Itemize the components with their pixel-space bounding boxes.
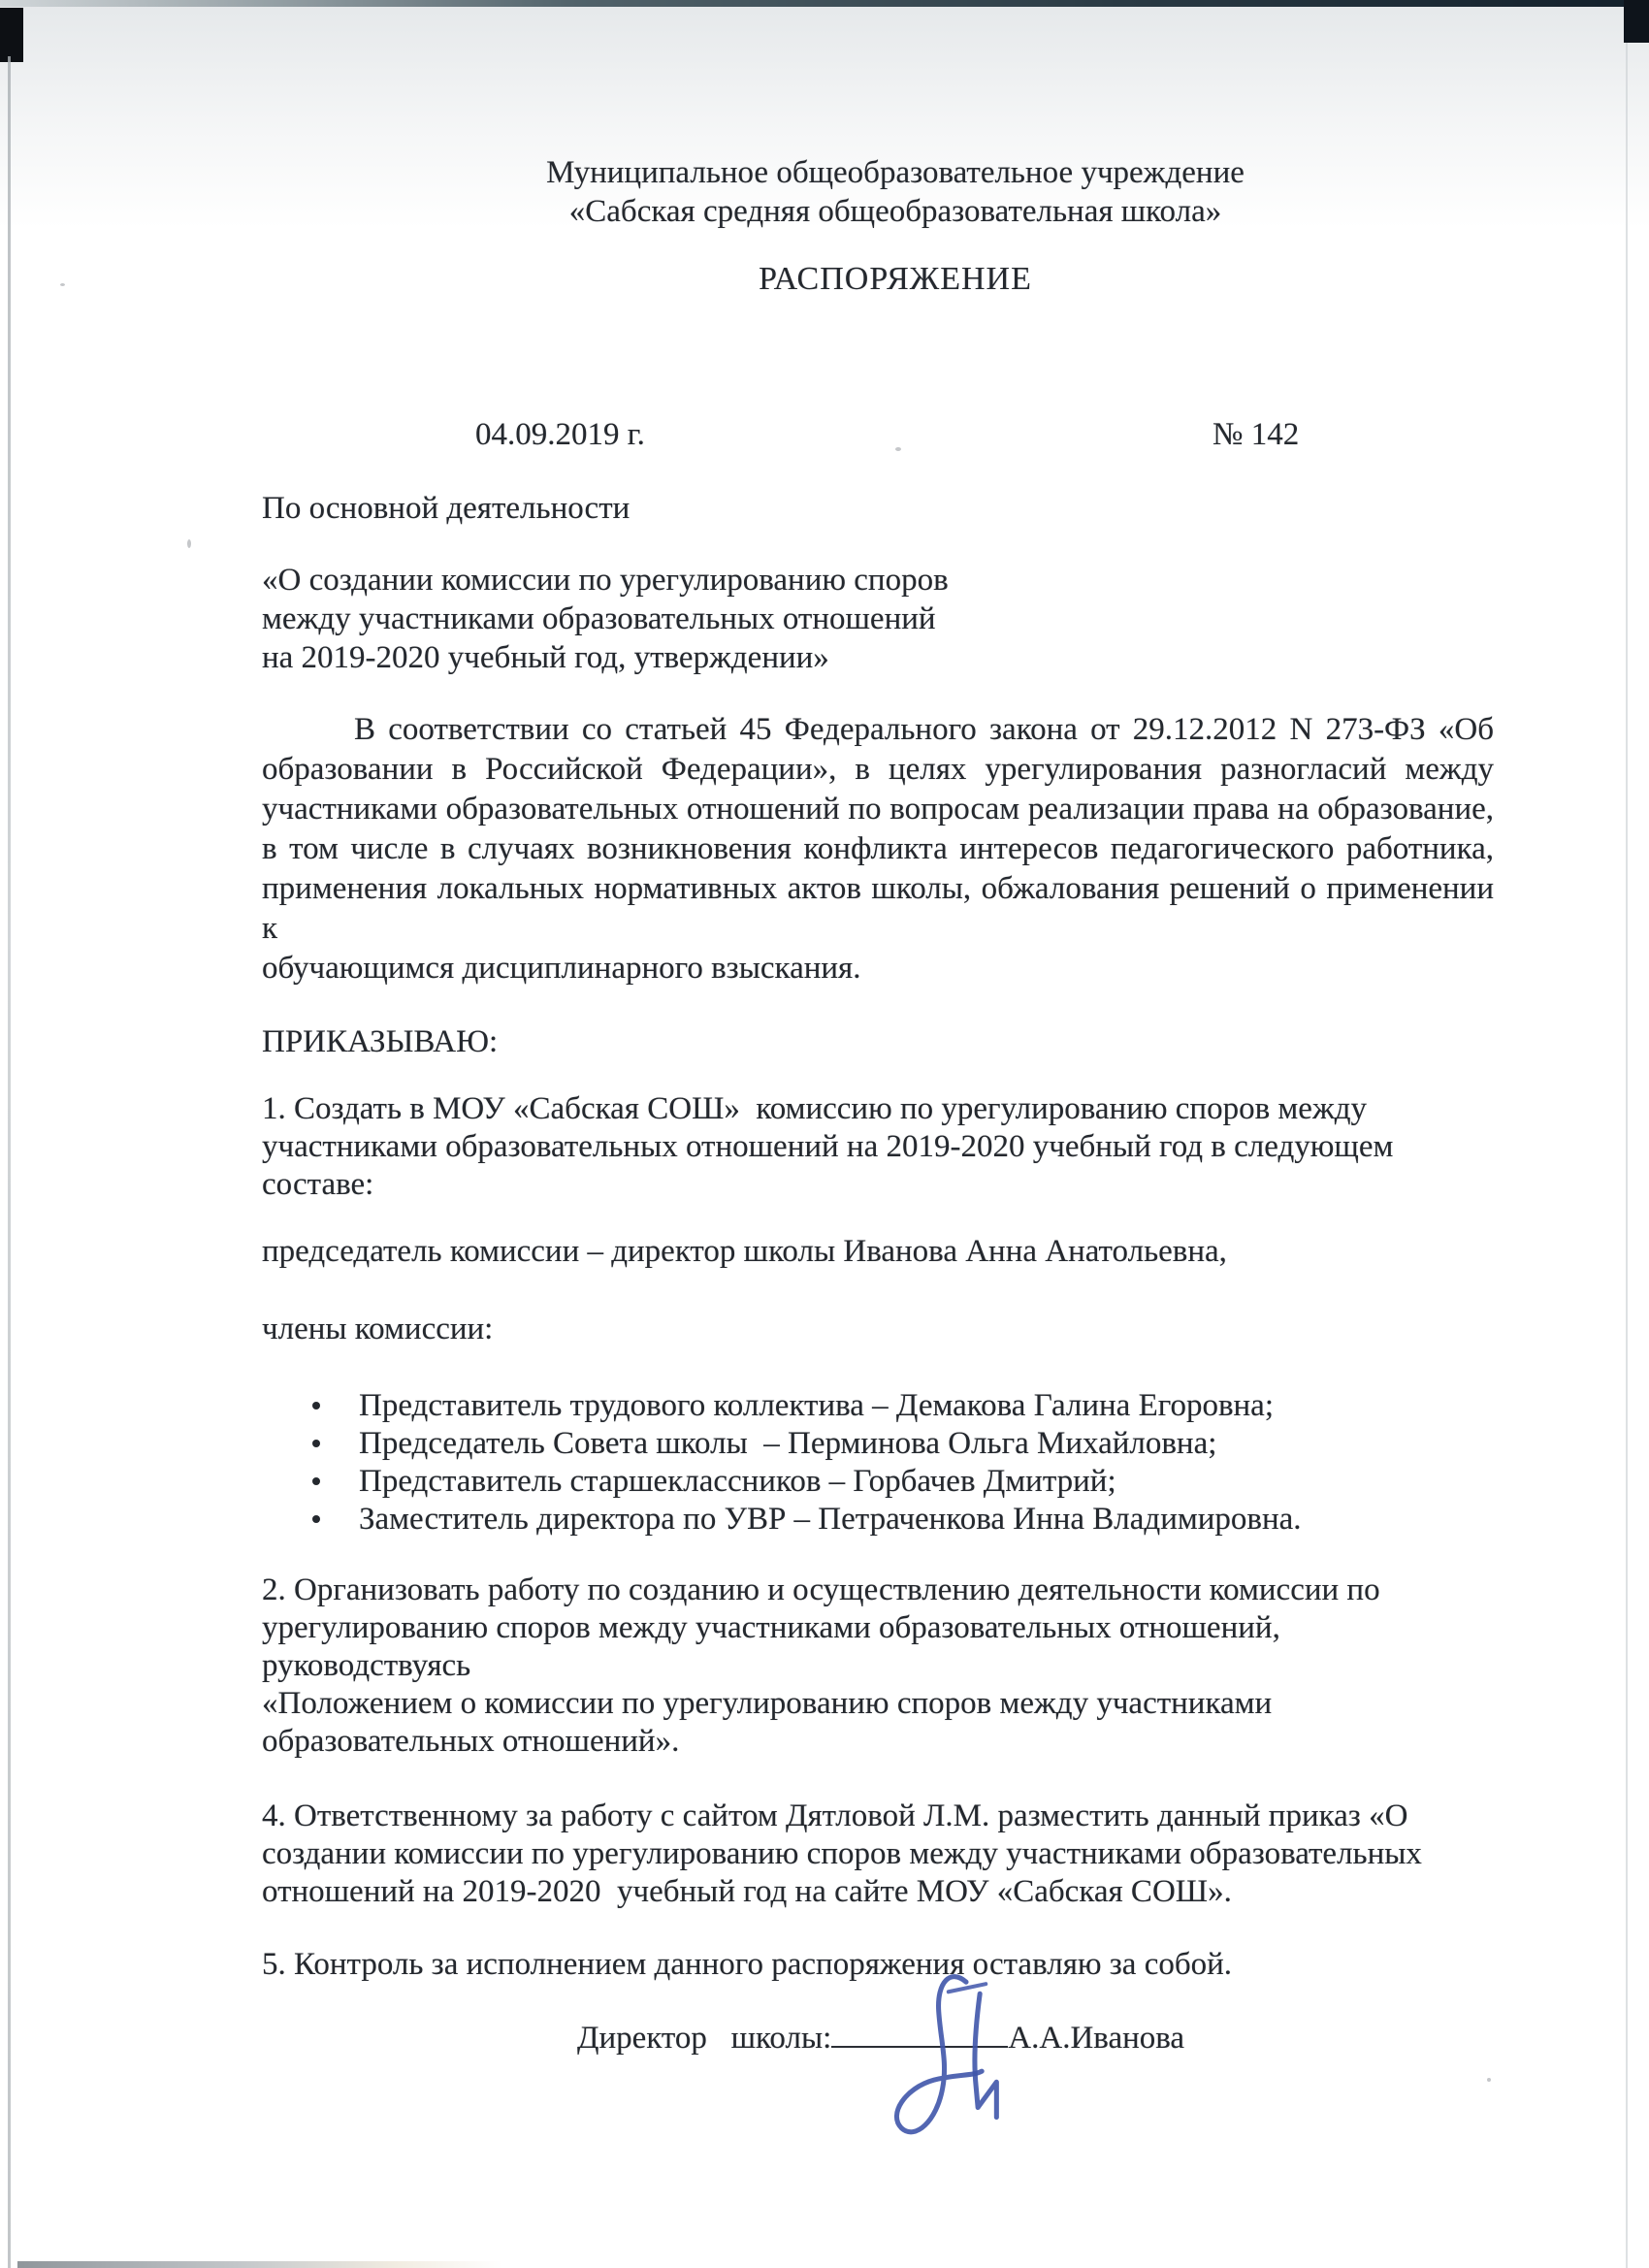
order-item-1-line: участниками образовательных отношений на… xyxy=(262,1128,1494,1166)
member-item: Представитель старшеклассников – Горбаче… xyxy=(262,1463,1494,1501)
preamble-line: применения локальных нормативных актов ш… xyxy=(262,869,1494,949)
order-item-5: 5. Контроль за исполнением данного распо… xyxy=(262,1946,1494,1984)
member-text: Представитель трудового коллектива – Дем… xyxy=(359,1388,1274,1423)
preamble-line: образовании в Российской Федерации», в ц… xyxy=(262,750,1494,790)
scanned-order-document: { "doc": { "org_name_line1": "Муниципаль… xyxy=(0,0,1649,2268)
document-type-title: РАСПОРЯЖЕНИЕ xyxy=(279,260,1511,298)
date-number-row: 04.09.2019 г. № 142 xyxy=(262,416,1494,455)
signature-row: Директор школы:А.А.Иванова xyxy=(577,2017,1494,2057)
order-item-2-line: урегулированию споров между участниками … xyxy=(262,1609,1494,1685)
resolution-word: ПРИКАЗЫВАЮ: xyxy=(262,1023,1494,1061)
preamble-line: обучающимся дисциплинарного взыскания. xyxy=(262,949,1494,988)
handwritten-signature-ink xyxy=(886,1966,1043,2153)
document-number: № 142 xyxy=(1212,416,1299,454)
commission-chairman-line: председатель комиссии – директор школы И… xyxy=(262,1233,1494,1271)
subject-line: между участниками образовательных отноше… xyxy=(262,599,1494,638)
order-item-4-line: создании комиссии по урегулированию спор… xyxy=(262,1835,1494,1873)
activity-label: По основной деятельности xyxy=(262,490,1494,528)
bullet-dot xyxy=(312,1515,320,1523)
member-item: Председатель Совета школы – Перминова Ол… xyxy=(262,1425,1494,1463)
bullet-dot xyxy=(312,1440,320,1447)
order-item-4-line: 4. Ответственному за работу с сайтом Дят… xyxy=(262,1798,1494,1835)
preamble-line: В соответствии со статьей 45 Федеральног… xyxy=(262,710,1494,750)
organization-name-line1: Муниципальное общеобразовательное учрежд… xyxy=(279,153,1511,192)
subject-line: «О создании комиссии по урегулированию с… xyxy=(262,561,1494,599)
preamble-line: участниками образовательных отношений по… xyxy=(262,790,1494,829)
member-item: Представитель трудового коллектива – Дем… xyxy=(262,1387,1494,1425)
organization-header: Муниципальное общеобразовательное учрежд… xyxy=(279,153,1511,231)
subject-line: на 2019-2020 учебный год, утверждении» xyxy=(262,638,1494,677)
order-item-2-line: образовательных отношений». xyxy=(262,1723,1494,1761)
document-body: Муниципальное общеобразовательное учрежд… xyxy=(0,0,1649,2268)
members-list: Представитель трудового коллектива – Дем… xyxy=(262,1387,1494,1539)
document-subject: «О создании комиссии по урегулированию с… xyxy=(262,561,1494,677)
order-item-1: 1. Создать в МОУ «Сабская СОШ» комиссию … xyxy=(262,1090,1494,1204)
order-item-1-line: составе: xyxy=(262,1166,1494,1204)
document-date: 04.09.2019 г. xyxy=(475,416,645,454)
order-item-2-line: 2. Организовать работу по созданию и осу… xyxy=(262,1571,1494,1609)
order-item-4-line: отношений на 2019-2020 учебный год на са… xyxy=(262,1873,1494,1911)
member-text: Представитель старшеклассников – Горбаче… xyxy=(359,1464,1116,1499)
bullet-dot xyxy=(312,1477,320,1485)
order-item-2: 2. Организовать работу по созданию и осу… xyxy=(262,1571,1494,1761)
member-item: Заместитель директора по УВР – Петраченк… xyxy=(262,1501,1494,1539)
order-item-4: 4. Ответственному за работу с сайтом Дят… xyxy=(262,1798,1494,1911)
member-text: Заместитель директора по УВР – Петраченк… xyxy=(359,1502,1302,1537)
order-item-1-line: 1. Создать в МОУ «Сабская СОШ» комиссию … xyxy=(262,1090,1494,1128)
member-text: Председатель Совета школы – Перминова Ол… xyxy=(359,1426,1216,1461)
organization-name-line2: «Сабская средняя общеобразовательная шко… xyxy=(279,192,1511,231)
preamble-line: в том числе в случаях возникновения конф… xyxy=(262,829,1494,869)
preamble-paragraph: В соответствии со статьей 45 Федеральног… xyxy=(262,710,1494,988)
order-item-2-line: «Положением о комиссии по урегулированию… xyxy=(262,1685,1494,1723)
members-label: члены комиссии: xyxy=(262,1311,1494,1348)
bullet-dot xyxy=(312,1402,320,1409)
signature-label: Директор школы: xyxy=(577,2021,831,2056)
